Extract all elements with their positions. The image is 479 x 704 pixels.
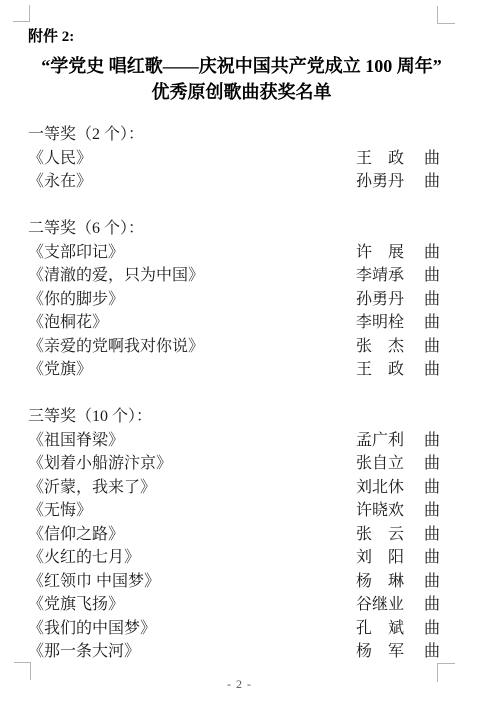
document-title-line1: “学党史 唱红歌——庆祝中国共产党成立 100 周年” [28, 53, 455, 79]
composer-suffix: 曲 [424, 429, 440, 453]
composer-name: 刘北休 [356, 476, 406, 500]
composer-name: 张自立 [356, 452, 406, 476]
composer-suffix: 曲 [424, 241, 440, 265]
composer-name: 李靖承 [356, 264, 406, 288]
award-row: 《你的脚步》 孙勇丹 曲 [28, 288, 455, 312]
composer-name: 张 杰 [356, 335, 406, 359]
composer: 谷继业 曲 [356, 593, 440, 617]
award-row: 《党旗飞扬》 谷继业 曲 [28, 593, 455, 617]
song-title: 《无悔》 [28, 499, 92, 523]
section-heading: 一等奖（2 个）： [28, 123, 455, 147]
award-row: 《清澈的爱，只为中国》 李靖承 曲 [28, 264, 455, 288]
composer: 杨 军 曲 [356, 640, 440, 664]
composer-name: 孟广利 [356, 429, 406, 453]
composer-suffix: 曲 [424, 358, 440, 382]
song-title: 《祖国脊梁》 [28, 429, 124, 453]
award-row: 《火红的七月》 刘 阳 曲 [28, 546, 455, 570]
award-row: 《我们的中国梦》 孔 斌 曲 [28, 617, 455, 641]
composer: 李靖承 曲 [356, 264, 440, 288]
section-heading: 三等奖（10 个）： [28, 405, 455, 429]
composer-suffix: 曲 [424, 264, 440, 288]
award-row: 《那一条大河》 杨 军 曲 [28, 640, 455, 664]
composer: 张 云 曲 [356, 523, 440, 547]
song-title: 《那一条大河》 [28, 640, 140, 664]
composer-name: 李明栓 [356, 311, 406, 335]
composer: 孔 斌 曲 [356, 617, 440, 641]
section-heading: 二等奖（6 个）： [28, 217, 455, 241]
song-title: 《人民》 [28, 147, 92, 171]
text-boundary-mark-top-left [13, 5, 30, 22]
composer: 许晓欢 曲 [356, 499, 440, 523]
composer-suffix: 曲 [424, 617, 440, 641]
award-row: 《党旗》 王 政 曲 [28, 358, 455, 382]
composer: 孙勇丹 曲 [356, 288, 440, 312]
composer-name: 杨 军 [356, 640, 406, 664]
award-row: 《祖国脊梁》 孟广利 曲 [28, 429, 455, 453]
composer: 刘北休 曲 [356, 476, 440, 500]
composer: 王 政 曲 [356, 147, 440, 171]
composer: 张 杰 曲 [356, 335, 440, 359]
composer: 李明栓 曲 [356, 311, 440, 335]
composer-suffix: 曲 [424, 335, 440, 359]
composer-suffix: 曲 [424, 570, 440, 594]
composer-name: 王 政 [356, 358, 406, 382]
song-title: 《亲爱的党啊我对你说》 [28, 335, 204, 359]
song-title: 《我们的中国梦》 [28, 617, 156, 641]
composer-name: 孙勇丹 [356, 170, 406, 194]
song-title: 《红领巾 中国梦》 [28, 570, 160, 594]
composer-suffix: 曲 [424, 523, 440, 547]
award-row: 《泡桐花》 李明栓 曲 [28, 311, 455, 335]
composer-suffix: 曲 [424, 640, 440, 664]
composer: 王 政 曲 [356, 358, 440, 382]
song-title: 《党旗》 [28, 358, 92, 382]
composer-name: 谷继业 [356, 593, 406, 617]
composer-name: 孔 斌 [356, 617, 406, 641]
composer-suffix: 曲 [424, 476, 440, 500]
composer: 刘 阳 曲 [356, 546, 440, 570]
composer-suffix: 曲 [424, 593, 440, 617]
song-title: 《党旗飞扬》 [28, 593, 124, 617]
composer: 孙勇丹 曲 [356, 170, 440, 194]
song-title: 《永在》 [28, 170, 92, 194]
composer-name: 许 展 [356, 241, 406, 265]
song-title: 《泡桐花》 [28, 311, 108, 335]
song-title: 《你的脚步》 [28, 288, 124, 312]
section-first-prize: 一等奖（2 个）： 《人民》 王 政 曲 《永在》 孙勇丹 曲 [28, 123, 455, 194]
composer-suffix: 曲 [424, 147, 440, 171]
composer-suffix: 曲 [424, 170, 440, 194]
composer-name: 刘 阳 [356, 546, 406, 570]
section-second-prize: 二等奖（6 个）： 《支部印记》 许 展 曲 《清澈的爱，只为中国》 李靖承 曲… [28, 217, 455, 382]
composer: 张自立 曲 [356, 452, 440, 476]
document-page: 附件 2: “学党史 唱红歌——庆祝中国共产党成立 100 周年” 优秀原创歌曲… [0, 0, 479, 704]
composer: 杨 琳 曲 [356, 570, 440, 594]
song-title: 《支部印记》 [28, 241, 124, 265]
composer-suffix: 曲 [424, 546, 440, 570]
section-third-prize: 三等奖（10 个）： 《祖国脊梁》 孟广利 曲 《划着小船游汴京》 张自立 曲 … [28, 405, 455, 664]
composer-name: 杨 琳 [356, 570, 406, 594]
document-title: “学党史 唱红歌——庆祝中国共产党成立 100 周年” 优秀原创歌曲获奖名单 [28, 53, 455, 105]
award-row: 《沂蒙，我来了》 刘北休 曲 [28, 476, 455, 500]
composer-suffix: 曲 [424, 311, 440, 335]
award-row: 《红领巾 中国梦》 杨 琳 曲 [28, 570, 455, 594]
document-title-line2: 优秀原创歌曲获奖名单 [28, 79, 455, 105]
song-title: 《信仰之路》 [28, 523, 124, 547]
attachment-label: 附件 2: [28, 27, 455, 47]
page-content: 附件 2: “学党史 唱红歌——庆祝中国共产党成立 100 周年” 优秀原创歌曲… [0, 0, 479, 664]
award-row: 《亲爱的党啊我对你说》 张 杰 曲 [28, 335, 455, 359]
page-number: - 2 - [0, 677, 479, 692]
composer-suffix: 曲 [424, 499, 440, 523]
composer: 许 展 曲 [356, 241, 440, 265]
composer-name: 张 云 [356, 523, 406, 547]
composer: 孟广利 曲 [356, 429, 440, 453]
award-row: 《支部印记》 许 展 曲 [28, 241, 455, 265]
composer-suffix: 曲 [424, 288, 440, 312]
composer-name: 王 政 [356, 147, 406, 171]
text-boundary-mark-top-right [437, 6, 455, 24]
composer-name: 孙勇丹 [356, 288, 406, 312]
award-row: 《永在》 孙勇丹 曲 [28, 170, 455, 194]
song-title: 《沂蒙，我来了》 [28, 476, 156, 500]
song-title: 《清澈的爱，只为中国》 [28, 264, 204, 288]
composer-name: 许晓欢 [356, 499, 406, 523]
award-row: 《人民》 王 政 曲 [28, 147, 455, 171]
award-row: 《信仰之路》 张 云 曲 [28, 523, 455, 547]
song-title: 《划着小船游汴京》 [28, 452, 172, 476]
song-title: 《火红的七月》 [28, 546, 140, 570]
composer-suffix: 曲 [424, 452, 440, 476]
award-row: 《无悔》 许晓欢 曲 [28, 499, 455, 523]
award-row: 《划着小船游汴京》 张自立 曲 [28, 452, 455, 476]
